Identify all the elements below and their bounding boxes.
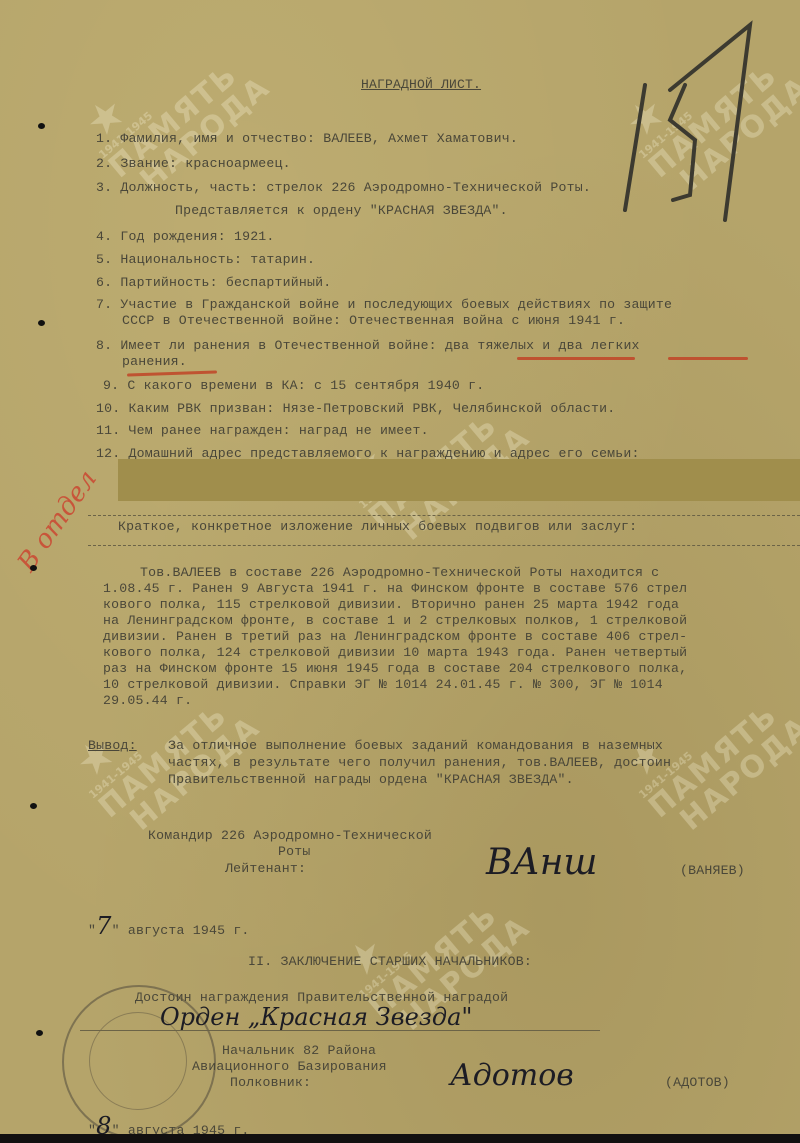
commander-signature: ВАнш — [486, 842, 598, 883]
red-underline — [668, 357, 748, 360]
conclusion-line: За отличное выполнение боевых заданий ко… — [168, 738, 663, 753]
archive-number-handwritten: 151 — [615, 10, 755, 230]
field-8-value-cont: ранения. — [122, 354, 187, 369]
commander-title: Роты — [278, 844, 310, 859]
handwritten-award: Орден „Красная Звезда" — [160, 1003, 472, 1031]
award-sheet-page: ★ 1941-1945 ПАМЯТЬ НАРОДА ★ 1941-1945 ПА… — [0, 0, 800, 1134]
commander-rank: Лейтенант: — [225, 861, 306, 876]
narrative-line: на Ленинградском фронте, в составе 1 и 2… — [103, 613, 687, 628]
divider — [88, 545, 800, 546]
narrative-line: 10 стрелковой дивизии. Справки ЭГ № 1014… — [103, 677, 663, 692]
field-5: 5. Национальность: татарин. — [96, 252, 315, 267]
senior-name: (АДОТОВ) — [665, 1075, 730, 1090]
senior-signature: Адотов — [450, 1058, 574, 1093]
field-2: 2. Звание: красноармеец. — [96, 156, 291, 171]
field-1: 1. Фамилия, имя и отчество: ВАЛЕЕВ, Ахме… — [96, 131, 518, 146]
field-8: 8. Имеет ли ранения в Отечественной войн… — [96, 338, 640, 353]
narrative-line: Тов.ВАЛЕЕВ в составе 226 Аэродромно-Техн… — [140, 565, 659, 580]
divider — [80, 1030, 600, 1031]
watermark: ★ 1941-1945 ПАМЯТЬ НАРОДА — [70, 8, 276, 206]
field-9: 9. С какого времени в КА: с 15 сентября … — [103, 378, 484, 393]
field-11: 11. Чем ранее награжден: наград не имеет… — [96, 423, 429, 438]
commander-date: "7" августа 1945 г. — [88, 912, 250, 940]
star-icon: ★ — [78, 8, 230, 145]
punch-hole — [30, 803, 37, 809]
scan-border — [0, 1134, 800, 1143]
field-3: 3. Должность, часть: стрелок 226 Аэродро… — [96, 180, 591, 195]
conclusion-line: частях, в результате чего получил ранени… — [168, 755, 671, 770]
field-7: 7. Участие в Гражданской войне и последу… — [96, 297, 672, 312]
margin-note-red: В отдел — [12, 465, 103, 577]
punch-hole — [36, 1030, 43, 1036]
senior-title: Начальник 82 Района — [222, 1043, 376, 1058]
red-underline — [127, 370, 217, 376]
narrative-line: кового полка, 115 стрелковой дивизии. Вт… — [103, 597, 679, 612]
punch-hole — [38, 320, 45, 326]
field-6: 6. Партийность: беспартийный. — [96, 275, 331, 290]
narrative-line: раз на Финском фронте 15 июня 1945 года … — [103, 661, 687, 676]
senior-title: Авиационного Базирования — [192, 1059, 387, 1074]
narrative-line: 1.08.45 г. Ранен 9 Августа 1941 г. на Фи… — [103, 581, 687, 596]
field-4: 4. Год рождения: 1921. — [96, 229, 275, 244]
narrative-line: дивизии. Ранен в третий раз на Ленинград… — [103, 629, 687, 644]
section-heading: Краткое, конкретное изложение личных бое… — [118, 519, 637, 534]
document-title: НАГРАДНОЙ ЛИСТ. — [361, 77, 481, 92]
redacted-address — [118, 459, 800, 501]
narrative-line: 29.05.44 г. — [103, 693, 192, 708]
field-7-value: СССР в Отечественной войне: Отечественна… — [122, 313, 625, 328]
senior-date: "8" августа 1945 г. — [88, 1112, 250, 1134]
divider — [88, 515, 800, 516]
senior-heading: II. ЗАКЛЮЧЕНИЕ СТАРШИХ НАЧАЛЬНИКОВ: — [248, 954, 532, 969]
commander-name: (ВАНЯЕВ) — [680, 863, 745, 878]
senior-rank: Полковник: — [230, 1075, 311, 1090]
field-10: 10. Каким РВК призван: Нязе-Петровский Р… — [96, 401, 615, 416]
conclusion-line: Правительственной награды ордена "КРАСНА… — [168, 772, 574, 787]
narrative-line: кового полка, 124 стрелковой дивизии 10 … — [103, 645, 687, 660]
field-3-award: Представляется к ордену "КРАСНАЯ ЗВЕЗДА"… — [175, 203, 508, 218]
punch-hole — [38, 123, 45, 129]
conclusion-label: Вывод: — [88, 738, 137, 753]
commander-title: Командир 226 Аэродромно-Технической — [148, 828, 432, 843]
punch-hole — [30, 565, 37, 571]
red-underline — [517, 357, 635, 360]
